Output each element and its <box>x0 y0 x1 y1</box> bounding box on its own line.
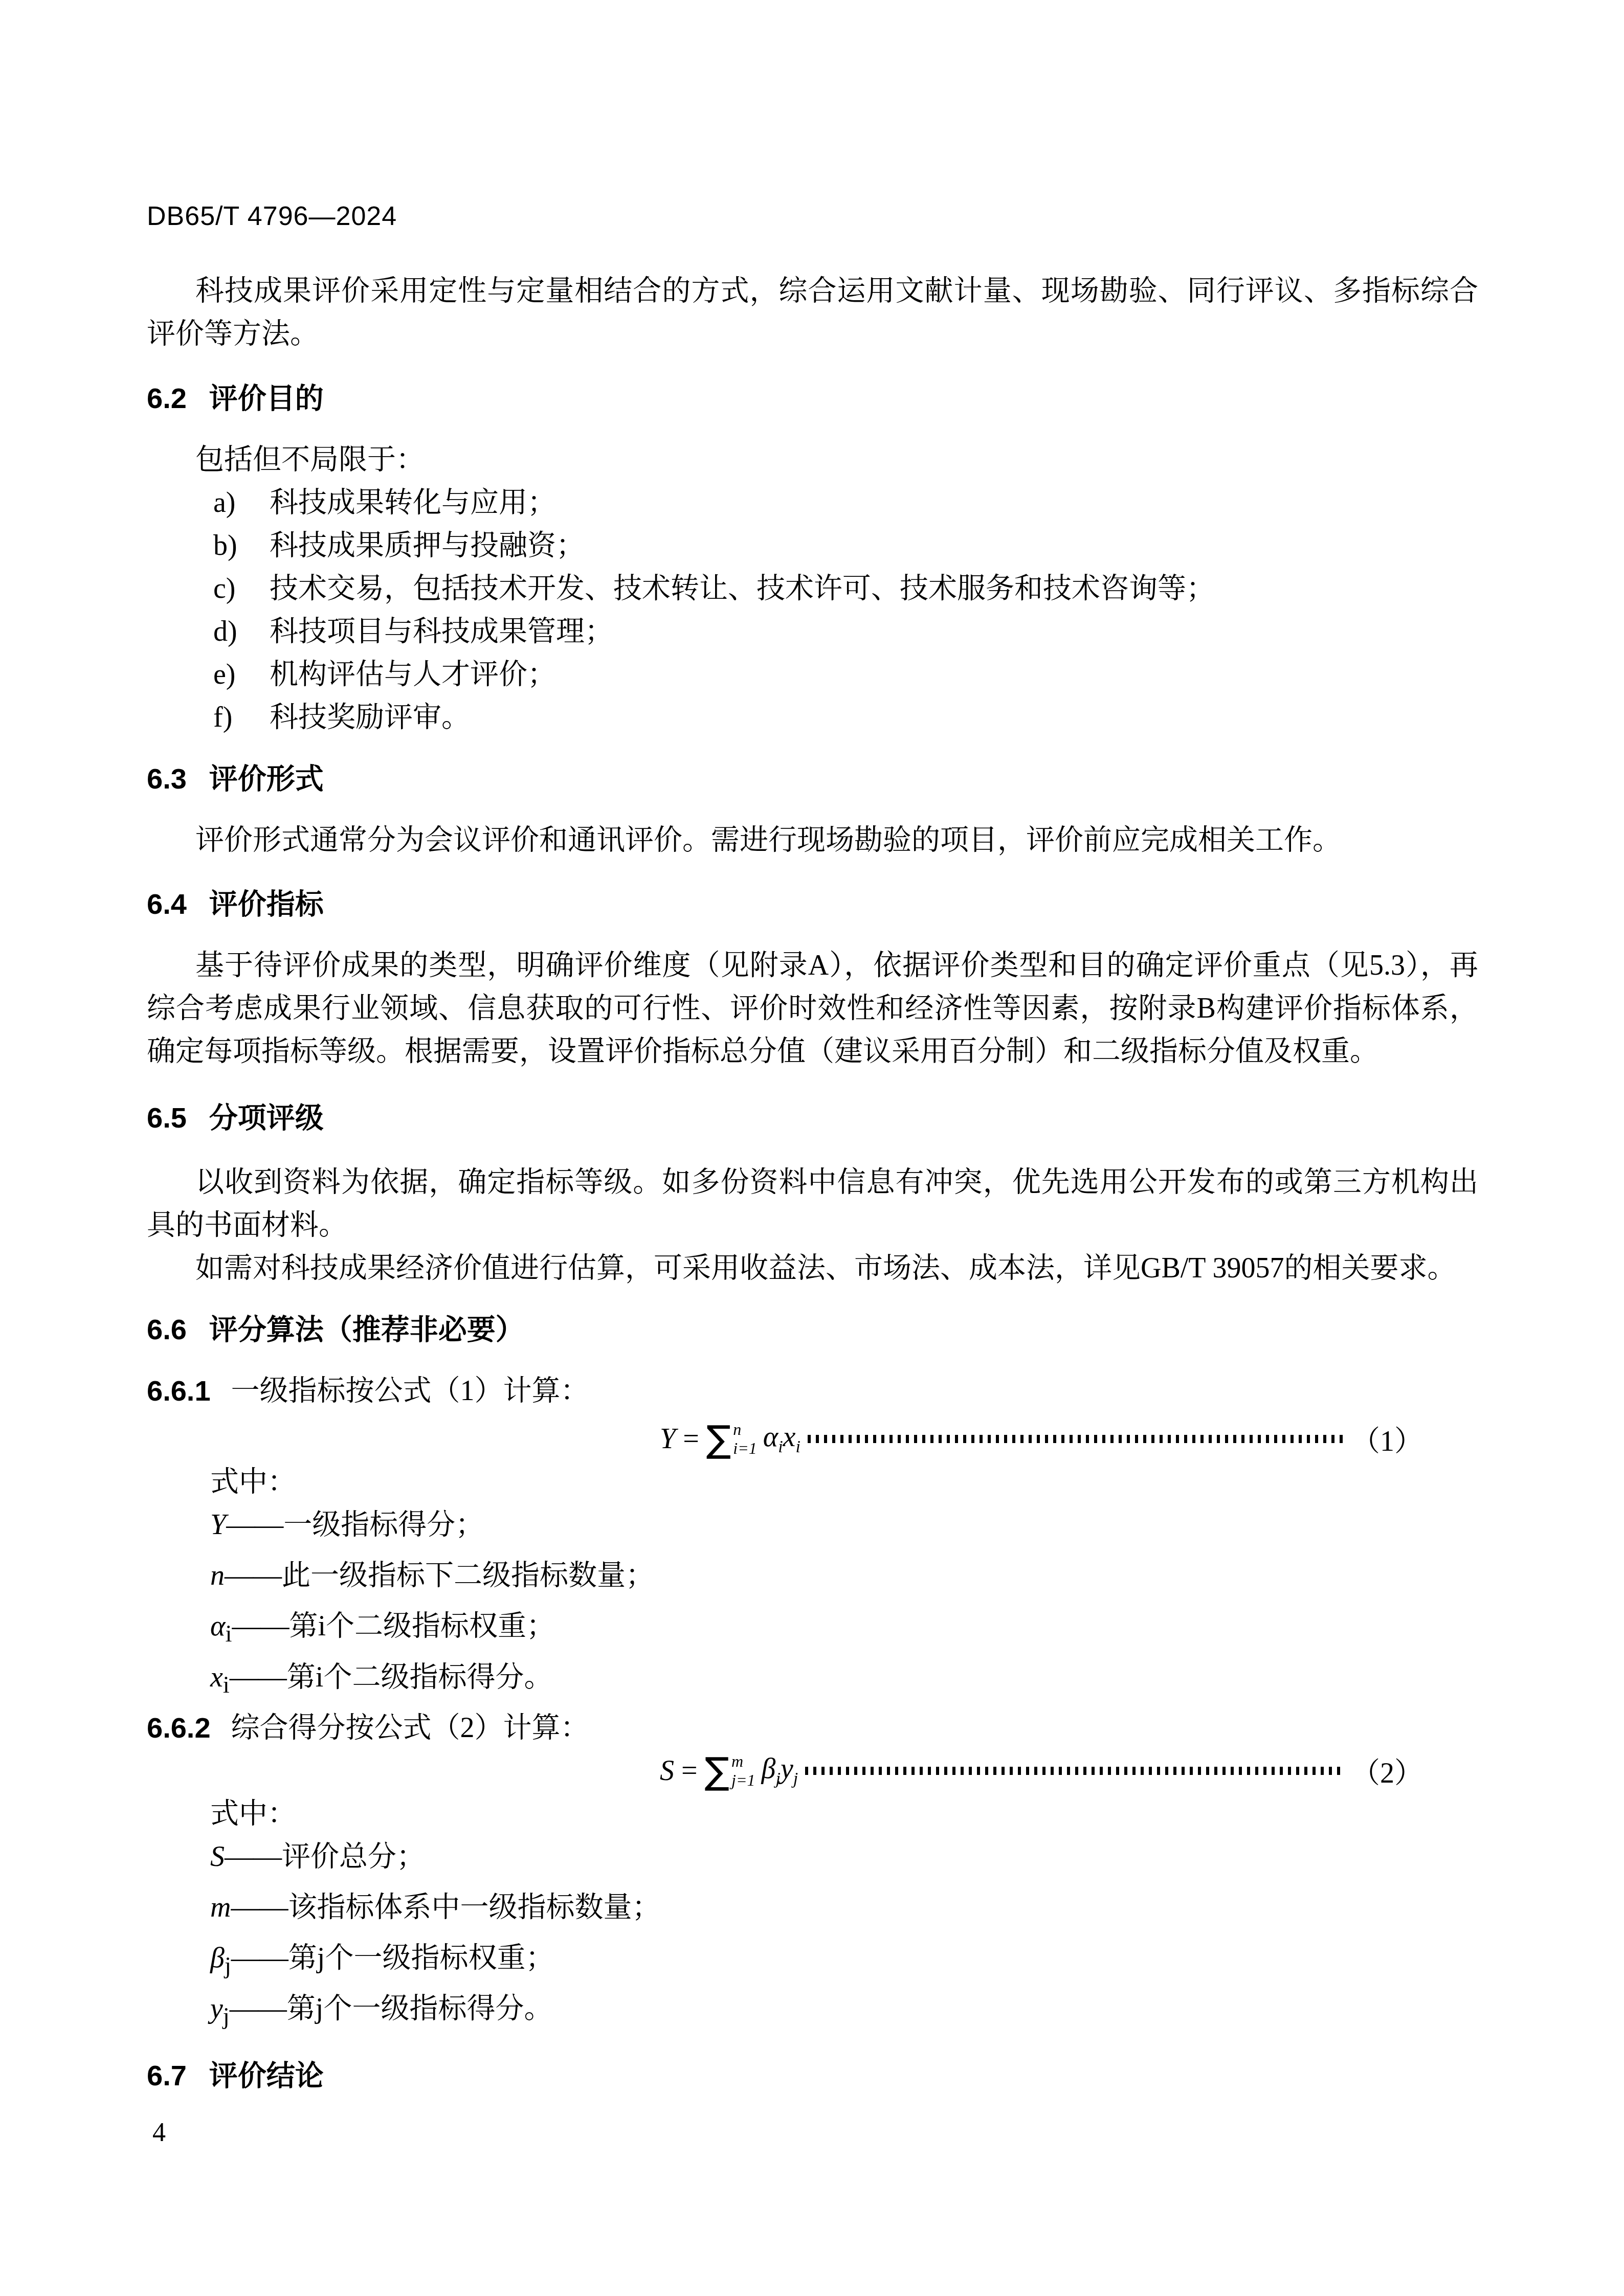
section-heading-6-7: 6.7 评价结论 <box>147 2061 1478 2090</box>
symbol-definition: xi——第i个二级指标得分。 <box>147 1656 1478 1706</box>
list-item-text: 科技奖励评审。 <box>270 702 470 733</box>
section-number: 6.6 <box>147 1315 187 1344</box>
list-item-text: 科技成果转化与应用； <box>270 487 556 519</box>
list-item-label: b) <box>213 524 270 567</box>
formula-term: xi <box>783 1421 800 1457</box>
symbol-description: ——第j个一级指标得分。 <box>230 1993 553 2024</box>
symbol-description: ——评价总分； <box>225 1841 425 1873</box>
equals-sign: = <box>681 1754 698 1787</box>
sum-limits: n i=1 <box>733 1420 757 1458</box>
list-item: a)科技成果转化与应用； <box>147 481 1478 524</box>
list-item-text: 技术交易，包括技术开发、技术转让、技术许可、技术服务和技术咨询等； <box>270 573 1215 604</box>
symbol: S <box>210 1841 225 1873</box>
symbol: α <box>210 1610 225 1642</box>
formula-1-expression: Y = ∑ n i=1 αi xi <box>660 1420 800 1458</box>
symbol-definition: Y——一级指标得分； <box>147 1503 1478 1554</box>
formula-number: （1） <box>1351 1419 1423 1459</box>
list-item-label: e) <box>213 653 270 696</box>
symbol-description: ——该指标体系中一级指标数量； <box>231 1892 660 1923</box>
list-item-label: a) <box>213 481 270 524</box>
purpose-list: a)科技成果转化与应用； b)科技成果质押与投融资； c)技术交易，包括技术开发… <box>147 481 1478 739</box>
section-number: 6.2 <box>147 384 187 413</box>
formula-2: S = ∑ m j=1 βj yj （2） <box>147 1749 1478 1792</box>
list-item-text: 科技项目与科技成果管理； <box>270 616 613 647</box>
sum-icon: ∑ <box>705 1752 730 1789</box>
formula-number: （2） <box>1351 1750 1423 1791</box>
symbol-definition: m——该指标体系中一级指标数量； <box>147 1886 1478 1937</box>
list-item-text: 机构评估与人才评价； <box>270 659 556 690</box>
symbol-description: ——一级指标得分； <box>226 1509 484 1541</box>
list-item-text: 科技成果质押与投融资； <box>270 530 585 561</box>
section-heading-6-3: 6.3 评价形式 <box>147 764 1478 793</box>
sum-lower-limit: i=1 <box>733 1439 757 1458</box>
list-item-label: c) <box>213 567 270 610</box>
formula-lhs: S <box>660 1754 674 1787</box>
formula-term: yj <box>781 1752 798 1789</box>
symbol-description: ——第i个二级指标得分。 <box>230 1661 553 1693</box>
section-heading-6-2: 6.2 评价目的 <box>147 384 1478 413</box>
symbol: y <box>210 1993 223 2024</box>
symbol: x <box>210 1661 223 1693</box>
list-item: b)科技成果质押与投融资； <box>147 524 1478 567</box>
symbol: Y <box>210 1509 226 1541</box>
where-label: 式中： <box>147 1792 1478 1835</box>
symbol: β <box>210 1942 225 1974</box>
list-item: f)科技奖励评审。 <box>147 696 1478 739</box>
formula-2-expression: S = ∑ m j=1 βj yj <box>660 1752 798 1790</box>
list-item: d)科技项目与科技成果管理； <box>147 610 1478 653</box>
section-title: 评价结论 <box>209 2061 324 2090</box>
symbol: n <box>210 1560 225 1591</box>
equals-sign: = <box>683 1423 699 1455</box>
formula-term: αi <box>763 1421 783 1457</box>
section-title: 分项评级 <box>209 1104 324 1132</box>
section-title: 评分算法（推荐非必要） <box>209 1315 524 1344</box>
clause-text: 综合得分按公式（2）计算： <box>231 1706 589 1749</box>
clause-6-6-2: 6.6.2 综合得分按公式（2）计算： <box>147 1706 1478 1749</box>
page-number: 4 <box>152 2119 166 2147</box>
section-6-5-paragraph-2: 如需对科技成果经济价值进行估算，可采用收益法、市场法、成本法，详见GB/T 39… <box>147 1247 1478 1290</box>
symbol-definition: αi——第i个二级指标权重； <box>147 1605 1478 1655</box>
purpose-lead-line: 包括但不局限于： <box>147 438 1478 481</box>
clause-text: 一级指标按公式（1）计算： <box>231 1369 589 1412</box>
clause-number: 6.6.1 <box>147 1369 211 1412</box>
symbol: m <box>210 1892 231 1923</box>
symbol-definition: n——此一级指标下二级指标数量； <box>147 1554 1478 1605</box>
clause-6-6-1: 6.6.1 一级指标按公式（1）计算： <box>147 1369 1478 1412</box>
formula-1: Y = ∑ n i=1 αi xi （1） <box>147 1417 1478 1460</box>
sum-lower-limit: j=1 <box>731 1771 755 1790</box>
list-item-label: f) <box>213 696 270 739</box>
section-heading-6-5: 6.5 分项评级 <box>147 1104 1478 1132</box>
section-number: 6.3 <box>147 764 187 793</box>
symbol-definition: yj——第j个一级指标得分。 <box>147 1987 1478 2038</box>
sum-icon: ∑ <box>706 1421 731 1457</box>
clause-number: 6.6.2 <box>147 1706 211 1749</box>
sum-limits: m j=1 <box>731 1752 755 1790</box>
dotted-leader <box>808 1435 1344 1443</box>
section-6-3-paragraph: 评价形式通常分为会议评价和通讯评价。需进行现场勘验的项目，评价前应完成相关工作。 <box>147 819 1478 862</box>
formula-lhs: Y <box>660 1423 676 1455</box>
section-6-4-paragraph: 基于待评价成果的类型，明确评价维度（见附录A），依据评价类型和目的确定评价重点（… <box>147 944 1478 1073</box>
section-6-5-paragraph-1: 以收到资料为依据，确定指标等级。如多份资料中信息有冲突，优先选用公开发布的或第三… <box>147 1161 1478 1247</box>
section-number: 6.7 <box>147 2061 187 2090</box>
list-item-label: d) <box>213 610 270 653</box>
section-title: 评价目的 <box>209 384 324 413</box>
symbol-definition: βj——第j个一级指标权重； <box>147 1937 1478 1987</box>
section-title: 评价指标 <box>209 890 324 918</box>
sum-upper-limit: n <box>733 1420 757 1439</box>
list-item: e)机构评估与人才评价； <box>147 653 1478 696</box>
standard-number-header: DB65/T 4796—2024 <box>147 202 1478 231</box>
dotted-leader <box>805 1767 1344 1775</box>
section-heading-6-4: 6.4 评价指标 <box>147 890 1478 918</box>
formula-term: βj <box>762 1752 781 1789</box>
where-label: 式中： <box>147 1460 1478 1503</box>
section-number: 6.4 <box>147 890 187 918</box>
symbol-description: ——此一级指标下二级指标数量； <box>225 1560 654 1591</box>
section-heading-6-6: 6.6 评分算法（推荐非必要） <box>147 1315 1478 1344</box>
section-title: 评价形式 <box>209 764 324 793</box>
list-item: c)技术交易，包括技术开发、技术转让、技术许可、技术服务和技术咨询等； <box>147 567 1478 610</box>
symbol-description: ——第i个二级指标权重； <box>232 1610 555 1642</box>
document-page: DB65/T 4796—2024 科技成果评价采用定性与定量相结合的方式，综合运… <box>0 0 1624 2296</box>
symbol-description: ——第j个一级指标权重； <box>231 1942 554 1974</box>
section-number: 6.5 <box>147 1104 187 1132</box>
sum-upper-limit: m <box>731 1752 755 1771</box>
symbol-definition: S——评价总分； <box>147 1835 1478 1886</box>
intro-paragraph: 科技成果评价采用定性与定量相结合的方式，综合运用文献计量、现场勘验、同行评议、多… <box>147 269 1478 355</box>
